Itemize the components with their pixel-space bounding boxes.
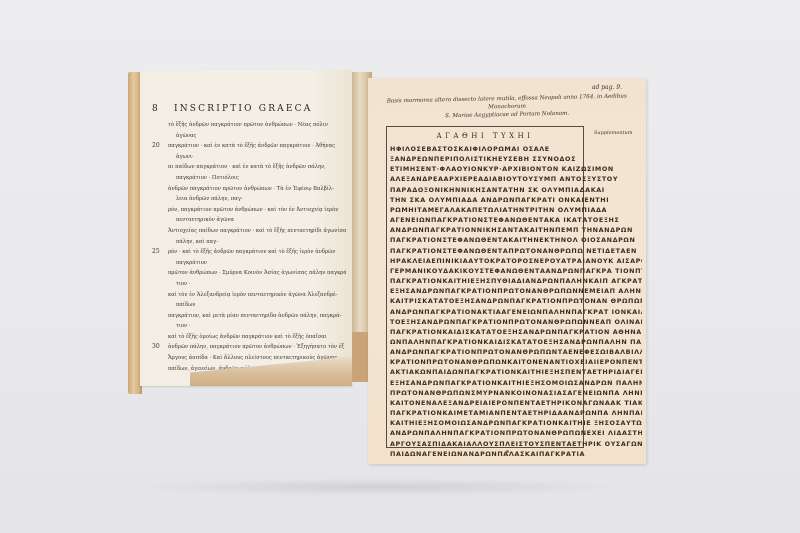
text-line: 20παγκράτιον · καὶ ἐν κατὰ τὸ ἔξῆς ἀνδρῶ… [146, 141, 346, 152]
line-text: πάλην, καὶ παγ- [176, 239, 218, 245]
ink-dot [506, 450, 509, 453]
inscription-line: ΠΑΡΑΔΟΞΟΝΙΚΗΝΝΙΚΗΣΑΝΤΑΤΗΝ ΣΚ ΟΛΥΜΠΙΑΔΑΚΑ… [390, 185, 642, 195]
text-line: καὶ τὸν ἐν Ἀλεξανδρείᾳ ἱερὸν πενταετηρικ… [146, 290, 346, 301]
text-line: παγκράτιον, καὶ μετὰ μίαν πενταετηρίδα ἀ… [146, 311, 346, 322]
inscription-line: ΡΩΜΗΙΤΑΜΕΓΑΛΑΚΑΠΕΤΩΛΙΑΤΗΝΤΡΙΤΗΝ ΟΛΥΜΠΙΑΔ… [390, 205, 642, 215]
line-text: τιον · [176, 281, 190, 287]
inscription-line: ΗΦΙΛΟΣΕΒΑΣΤΟΣΚΑΙΦΙΛΟΡΩΜΑΙ ΟΣΑΛΕ [390, 144, 642, 154]
inscription-line: 30ΑΝΔΡΩΝΠΑΛΗΝΠΑΓΚΡΑΤΙΟΝΠΡΩΤΟΝΑΝΘΡΩΠΩΝΕΧΕ… [390, 428, 642, 438]
line-text: παίδων [176, 302, 195, 308]
text-line: πάλην, καὶ παγ- [146, 237, 346, 248]
inscription-text-line: ΠΑΓΚΡΑΤΙΟΝΚΑΙΤΗΙΕΞΗΣΠΥΘΙΑΔΙΑΝΔΡΩΝΠΑΛΗΝΚΑ… [390, 277, 642, 285]
line-number: 25 [152, 247, 160, 258]
foldout-plate: ad pag. 9. Basis marmorea altero dissect… [368, 78, 646, 464]
line-text: αι παίδων παγκράτιον · καὶ ἐν κατὰ τὸ ἔξ… [168, 164, 326, 170]
text-line: ρόν, παγκράτιον πρῶτον ἀνθρώπων · καὶ τὸ… [146, 205, 346, 216]
text-line: παγκράτιον · Ποτιόλοις [146, 173, 346, 184]
inscription-text-line: ΠΑΓΚΡΑΤΙΟΝΣΤΕΦΑΝΩΘΕΝΤΑΠΡΩΤΟΝΑΝΘΡΩΠΩ ΝΕΤΙ… [390, 247, 637, 255]
inscription-line: ΠΑΓΚΡΑΤΙΟΝΣΤΕΦΑΝΩΘΕΝΤΑΚΑΙΤΗΝΕΚΤΗΝΟΛ ΟΙΟΣ… [390, 235, 642, 245]
text-line: τιον · [146, 321, 346, 332]
line-text: παγκράτιον · Ποτιόλοις [176, 175, 239, 181]
inscription-text-line: ΗΡΑΚΛΕΙΑΕΠΙΝΙΚΙΑΑΥΤΟΚΡΑΤΟΡΟΣΝΕΡΟΥΑΤΡΑΙΑΝ… [390, 257, 642, 265]
inscription-text-line: ΤΗΝ ΣΚΑ ΟΛΥΜΠΙΑΔΑ ΑΝΔΡΩΝΠΑΓΚΡΑΤΙ ΟΝΚΑΙΕΝ… [390, 196, 609, 204]
text-line: 25ρόν · καὶ τὸ ἔξῆς ἀνδρῶν παγκράτιον κα… [146, 247, 346, 258]
inscription-text-line: ΩΝΠΑΛΗΝΠΑΓΚΡΑΤΙΟΝΚΑΙΔΙΣΚΑΤΑΤΟΕΞΗΣΑΝΔΡΩΝΠ… [390, 338, 642, 346]
text-line: καὶ τὸ ἔξῆς ὁμοίως ἀνδρῶν παγκράτιον καὶ… [146, 332, 346, 343]
page-number: 8 [152, 104, 160, 114]
line-text: παγκράτιον [176, 260, 207, 266]
text-line: λεια ἀνδρῶν πάλην, παγ- [146, 194, 346, 205]
line-text: ρόν · καὶ τὸ ἔξῆς ἀνδρῶν παγκράτιον καὶ … [168, 249, 335, 255]
inscription-text-line: ΑΡΓΟΥΣΑΣΠΙΔΑΚΑΙΑΛΛΟΥΣΠΛΕΙΣΤΟΥΣΠΕΝΤΑΕΤΗΡΙ… [390, 440, 642, 448]
inscription-text-line: ΑΓΕΝΕΙΩΝΠΑΓΚΡΑΤΙΟΝΣΤΕΦΑΝΩΘΕΝΤΑΚΑ ΙΚΑΤΑΤΟ… [390, 216, 619, 224]
inscription-text-line: ΠΑΓΚΡΑΤΙΟΝΚΑΙΜΕΤΑΜΙΑΝΠΕΝΤΑΕΤΗΡΙΔΑΑΝΔΡΩΝΠ… [390, 409, 642, 417]
text-line: πρῶτον ἀνθρώπων · Σμύρνα Κοινὸν Ἀσίας ἀγ… [146, 268, 346, 279]
inscription-text-line: ΚΡΑΤΙΟΝΠΡΩΤΟΝΑΝΘΡΩΠΩΝΚΑΙΤΟΝΕΝΑΝΤΙΟΧΕΙΑΙΙ… [390, 358, 642, 366]
inscription-text-line: ΑΛΕΞΑΝΔΡΕΑΑΡΧΙΕΡΕΑΔΙΑΒΙΟΥΤΟΥΣΥΜΠ ΑΝΤΟΣΞΥ… [390, 175, 618, 183]
line-text: ἀγωνι· [176, 154, 194, 160]
inscription-text-line: ΑΝΔΡΩΝΠΑΓΚΡΑΤΙΟΝΝΙΚΗΣΑΝΤΑΚΑΙΤΗΝΠΕΜΠ ΤΗΝΑ… [390, 226, 633, 234]
line-text: ρόν, παγκράτιον πρῶτον ἀνθρώπων · καὶ τὸ… [168, 207, 338, 213]
inscription-text-line: ΚΑΙΤΗΙΕΞΗΣΟΜΟΙΩΣΑΝΔΡΩΝΠΑΓΚΡΑΤΙΟΝΚΑΙΤΗΙΕ … [390, 419, 642, 427]
text-line: τὸ ἔξῆς ἀνδρῶν παγκράτιον πρῶτον ἀνθρώπω… [146, 120, 346, 131]
left-page: 8INSCRIPTIO GRAECA τὸ ἔξῆς ἀνδρῶν παγκρά… [140, 70, 352, 386]
inscription-text-line: ΠΑΡΑΔΟΞΟΝΙΚΗΝΝΙΚΗΣΑΝΤΑΤΗΝ ΣΚ ΟΛΥΜΠΙΑΔΑΚΑ… [390, 186, 605, 194]
inscription-text-line: ΚΑΙΤΟΝΕΝΑΛΕΞΑΝΔΡΕΙΑΙΕΡΟΝΠΕΝΤΑΕΤΗΡΙΚΟΝΑΓΩ… [390, 399, 642, 407]
text-line: ἀνδρῶν παγκράτιον πρῶτον ἀνθρώπων · Τὰ ἐ… [146, 184, 346, 195]
inscription-line: 5ΑΛΕΞΑΝΔΡΕΑΑΡΧΙΕΡΕΑΔΙΑΒΙΟΥΤΟΥΣΥΜΠ ΑΝΤΟΣΞ… [390, 174, 642, 184]
inscription-line: ΠΑΓΚΡΑΤΙΟΝΣΤΕΦΑΝΩΘΕΝΤΑΠΡΩΤΟΝΑΝΘΡΩΠΩ ΝΕΤΙ… [390, 246, 642, 256]
inscription-title: ΑΓΑΘΗΙ ΤΥΧΗΙ [387, 132, 583, 140]
inscription-text-line: ΠΡΩΤΟΝΑΝΘΡΩΠΩΝΣΜΥΡΝΑΝΚΟΙΝΟΝΑΣΙΑΣΑΓΕΝΕΙΩΝ… [390, 389, 642, 397]
inscription-line: 25ΕΞΗΣΑΝΔΡΩΝΠΑΓΚΡΑΤΙΟΝΚΑΙΤΗΙΕΞΗΣΟΜΟΙΩΣΑΝ… [390, 378, 642, 388]
inscription-text-line: ΠΑΙΔΩΝΑΓΕΝΕΙΩΝΑΝΔΡΩΝΠΑΛΑΣΚΑΙΠΑΓΚΡΑΤΙΑ [390, 450, 585, 458]
plate-caption: Basis marmorea altero dissecto latere mu… [378, 92, 636, 121]
text-line: τιον · [146, 279, 346, 290]
inscription-text-line: ΞΑΝΔΡΕΩΝΠΕΡΙΠΟΛΙΣΤΙΚΗΕΥΣΕΒΗ ΣΣΥΝΟΔΟΣ [390, 155, 576, 163]
inscription-text-line: ΑΝΔΡΩΝΠΑΓΚΡΑΤΙΟΝΠΡΩΤΟΝΑΝΘΡΩΠΩΝΤΑΕΝΕΦΕΣΩΙ… [390, 348, 642, 356]
book-shadow [128, 478, 628, 496]
running-header: 8INSCRIPTIO GRAECA [152, 104, 312, 114]
line-text: καὶ τὸν ἐν Ἀλεξανδρείᾳ ἱερὸν πενταετηρικ… [168, 292, 337, 298]
inscription-line: ΤΟΕΞΗΣΑΝΔΡΩΝΠΑΓΚΡΑΤΙΟΝΠΡΩΤΟΝΑΝΘΡΩΠΩΝΝΕΑΠ… [390, 317, 642, 327]
header-title: INSCRIPTIO GRAECA [174, 104, 313, 114]
inscription-text-line: ΡΩΜΗΙΤΑΜΕΓΑΛΑΚΑΠΕΤΩΛΙΑΤΗΝΤΡΙΤΗΝ ΟΛΥΜΠΙΑΔ… [390, 206, 607, 214]
line-text: καὶ τὸ ἔξῆς ὁμοίως ἀνδρῶν παγκράτιον καὶ… [168, 334, 327, 340]
plate-reference: ad pag. 9. [592, 84, 622, 91]
inscription-text-line: ΑΚΤΙΑΚΩΝΠΑΙΔΩΝΠΑΓΚΡΑΤΙΟΝΚΑΙΤΗΙΕΞΗΣΠΕΝΤΑΕ… [390, 368, 642, 376]
line-text: λεια ἀνδρῶν πάλην, παγ- [176, 196, 243, 202]
inscription-text-line: ΑΝΔΡΩΝΠΑΛΗΝΠΑΓΚΡΑΤΙΟΝΠΡΩΤΟΝΑΝΘΡΩΠΩΝΕΧΕΙ … [390, 429, 642, 437]
inscription-line: ΑΓΕΝΕΙΩΝΠΑΓΚΡΑΤΙΟΝΣΤΕΦΑΝΩΘΕΝΤΑΚΑ ΙΚΑΤΑΤΟ… [390, 215, 642, 225]
line-text: τὸ ἔξῆς ἀνδρῶν παγκράτιον πρῶτον ἀνθρώπω… [168, 122, 328, 128]
inscription-line: ΑΝΔΡΩΝΠΑΓΚΡΑΤΙΟΝΠΡΩΤΟΝΑΝΘΡΩΠΩΝΤΑΕΝΕΦΕΣΩΙ… [390, 347, 642, 357]
inscription-line: ΠΡΩΤΟΝΑΝΘΡΩΠΩΝΣΜΥΡΝΑΝΚΟΙΝΟΝΑΣΙΑΣΑΓΕΝΕΙΩΝ… [390, 388, 642, 398]
inscription-text-line: ΗΦΙΛΟΣΕΒΑΣΤΟΣΚΑΙΦΙΛΟΡΩΜΑΙ ΟΣΑΛΕ [390, 145, 550, 153]
inscription-line: 20ΠΑΓΚΡΑΤΙΟΝΚΑΙΔΙΣΚΑΤΑΤΟΕΞΗΣΑΝΔΡΩΝΠΑΓΚΡΑ… [390, 327, 642, 337]
inscription-text-line: ΕΤΙΜΗΣΕΝΤ·ΦΛΑΟΥΙΟΝΚΥΡ·ΑΡΧΙΒΙΟΝΤΟΝ ΚΑΙΖΩΣ… [390, 165, 614, 173]
line-text: παγκράτιον · καὶ ἐν κατὰ τὸ ἔξῆς ἀνδρῶν … [168, 143, 335, 149]
line-text: παγκράτιον, καὶ μετὰ μίαν πενταετηρίδα ἀ… [168, 313, 341, 319]
inscription-text-line: ΕΞΗΣΑΝΔΡΩΝΠΑΓΚΡΑΤΙΟΝΠΡΩΤΟΝΑΝΘΡΩΠΩΝΝΕΜΕΙΑ… [390, 287, 642, 295]
inscription-line: ΑΝΔΡΩΝΠΑΓΚΡΑΤΙΟΝΑΚΤΙΑΑΓΕΝΕΙΩΝΠΑΛΗΝΠΑΓΚΡΑ… [390, 307, 642, 317]
line-text: τιον · [176, 323, 190, 329]
line-text: ἀνδρῶν πάλην, παγκράτιον πρῶτον ἀνθρώπων… [168, 344, 344, 350]
line-text: Ἀντιοχείας παίδων παγκράτιον · καὶ τὸ ἔξ… [168, 228, 346, 234]
inscription-text-line: ΕΞΗΣΑΝΔΡΩΝΠΑΓΚΡΑΤΙΟΝΚΑΙΤΗΙΕΞΗΣΟΜΟΙΩΣΑΝΔΡ… [390, 379, 642, 387]
inscription-line: ΑΡΓΟΥΣΑΣΠΙΔΑΚΑΙΑΛΛΟΥΣΠΛΕΙΣΤΟΥΣΠΕΝΤΑΕΤΗΡΙ… [390, 439, 642, 449]
inscription-text-line: ΚΑΙΤΡΙΣΚΑΤΑΤΟΕΞΗΣΑΝΔΡΩΝΠΑΓΚΡΑΤΙΟΝΠΡΩΤΟΝΑ… [390, 297, 642, 305]
text-line: πενταετηρικὸν ἀγῶνα [146, 215, 346, 226]
line-text: ἀγῶνας [176, 133, 196, 139]
line-number: 20 [152, 141, 160, 152]
text-line: παίδων [146, 300, 346, 311]
inscription-text-line: ΑΝΔΡΩΝΠΑΓΚΡΑΤΙΟΝΑΚΤΙΑΑΓΕΝΕΙΩΝΠΑΛΗΝΠΑΓΚΡΑ… [390, 308, 642, 316]
text-line: Ἀντιοχείας παίδων παγκράτιον · καὶ τὸ ἔξ… [146, 226, 346, 237]
inscription-line: ΩΝΠΑΛΗΝΠΑΓΚΡΑΤΙΟΝΚΑΙΔΙΣΚΑΤΑΤΟΕΞΗΣΑΝΔΡΩΝΠ… [390, 337, 642, 347]
line-text: πρῶτον ἀνθρώπων · Σμύρνα Κοινὸν Ἀσίας ἀγ… [168, 270, 346, 276]
line-text: πενταετηρικὸν ἀγῶνα [176, 217, 234, 223]
inscription-line: ΚΑΙΤΗΙΕΞΗΣΟΜΟΙΩΣΑΝΔΡΩΝΠΑΓΚΡΑΤΙΟΝΚΑΙΤΗΙΕ … [390, 418, 642, 428]
inscription-text-line: ΠΑΓΚΡΑΤΙΟΝΚΑΙΔΙΣΚΑΤΑΤΟΕΞΗΣΑΝΔΡΩΝΠΑΓΚΡΑΤΙ… [390, 328, 642, 336]
inscription-line: ΕΤΙΜΗΣΕΝΤ·ΦΛΑΟΥΙΟΝΚΥΡ·ΑΡΧΙΒΙΟΝΤΟΝ ΚΑΙΖΩΣ… [390, 164, 642, 174]
inscription-line: ΠΑΓΚΡΑΤΙΟΝΚΑΙΜΕΤΑΜΙΑΝΠΕΝΤΑΕΤΗΡΙΔΑΑΝΔΡΩΝΠ… [390, 408, 642, 418]
supplement-note: Supplementum [594, 130, 633, 136]
inscription-text-line: ΤΟΕΞΗΣΑΝΔΡΩΝΠΑΓΚΡΑΤΙΟΝΠΡΩΤΟΝΑΝΘΡΩΠΩΝΝΕΑΠ… [390, 318, 642, 326]
inscription-line: ΠΑΙΔΩΝΑΓΕΝΕΙΩΝΑΝΔΡΩΝΠΑΛΑΣΚΑΙΠΑΓΚΡΑΤΙΑ [390, 449, 642, 459]
inscription-line: ΚΑΙΤΟΝΕΝΑΛΕΞΑΝΔΡΕΙΑΙΕΡΟΝΠΕΝΤΑΕΤΗΡΙΚΟΝΑΓΩ… [390, 398, 642, 408]
inscription-text-line: ΓΕΡΜΑΝΙΚΟΥΔΑΚΙΚΟΥΣΤΕΦΑΝΩΘΕΝΤΑΑΝΔΡΩΝΠΑΓΚΡ… [390, 267, 642, 275]
text-line: 30ἀνδρῶν πάλην, παγκράτιον πρῶτον ἀνθρώπ… [146, 342, 346, 353]
inscription-text-line: ΠΑΓΚΡΑΤΙΟΝΣΤΕΦΑΝΩΘΕΝΤΑΚΑΙΤΗΝΕΚΤΗΝΟΛ ΟΙΟΣ… [390, 236, 635, 244]
inscription-line: ΕΞΗΣΑΝΔΡΩΝΠΑΓΚΡΑΤΙΟΝΠΡΩΤΟΝΑΝΘΡΩΠΩΝΝΕΜΕΙΑ… [390, 286, 642, 296]
inscription-line: ΚΑΙΤΡΙΣΚΑΤΑΤΟΕΞΗΣΑΝΔΡΩΝΠΑΓΚΡΑΤΙΟΝΠΡΩΤΟΝΑ… [390, 296, 642, 306]
inscription-line: ΤΗΝ ΣΚΑ ΟΛΥΜΠΙΑΔΑ ΑΝΔΡΩΝΠΑΓΚΡΑΤΙ ΟΝΚΑΙΕΝ… [390, 195, 642, 205]
inscription-line: ΞΑΝΔΡΕΩΝΠΕΡΙΠΟΛΙΣΤΙΚΗΕΥΣΕΒΗ ΣΣΥΝΟΔΟΣ [390, 154, 642, 164]
inscription-line: ΚΡΑΤΙΟΝΠΡΩΤΟΝΑΝΘΡΩΠΩΝΚΑΙΤΟΝΕΝΑΝΤΙΟΧΕΙΑΙΙ… [390, 357, 642, 367]
inscription-line: ΗΡΑΚΛΕΙΑΕΠΙΝΙΚΙΑΑΥΤΟΚΡΑΤΟΡΟΣΝΕΡΟΥΑΤΡΑΙΑΝ… [390, 256, 642, 266]
inscription-line: ΑΚΤΙΑΚΩΝΠΑΙΔΩΝΠΑΓΚΡΑΤΙΟΝΚΑΙΤΗΙΕΞΗΣΠΕΝΤΑΕ… [390, 367, 642, 377]
text-line: παγκράτιον [146, 258, 346, 269]
text-line: ἀγωνι· [146, 152, 346, 163]
line-text: ἀνδρῶν παγκράτιον πρῶτον ἀνθρώπων · Τὰ ἐ… [168, 186, 334, 192]
inscription-line: ΓΕΡΜΑΝΙΚΟΥΔΑΚΙΚΟΥΣΤΕΦΑΝΩΘΕΝΤΑΑΝΔΡΩΝΠΑΓΚΡ… [390, 266, 642, 276]
line-text: Ἄργους ἀσπίδα · Καὶ ἄλλους πλείστους πεν… [168, 355, 337, 361]
text-line: ἀγῶνας [146, 131, 346, 142]
line-number: 30 [152, 342, 160, 353]
text-line: αι παίδων παγκράτιον · καὶ ἐν κατὰ τὸ ἔξ… [146, 162, 346, 173]
left-page-text: τὸ ἔξῆς ἀνδρῶν παγκράτιον πρῶτον ἀνθρώπω… [146, 120, 346, 374]
inscription-line: 15ΠΑΓΚΡΑΤΙΟΝΚΑΙΤΗΙΕΞΗΣΠΥΘΙΑΔΙΑΝΔΡΩΝΠΑΛΗΝ… [390, 276, 642, 286]
inscription-line: 10ΑΝΔΡΩΝΠΑΓΚΡΑΤΙΟΝΝΙΚΗΣΑΝΤΑΚΑΙΤΗΝΠΕΜΠ ΤΗ… [390, 225, 642, 235]
